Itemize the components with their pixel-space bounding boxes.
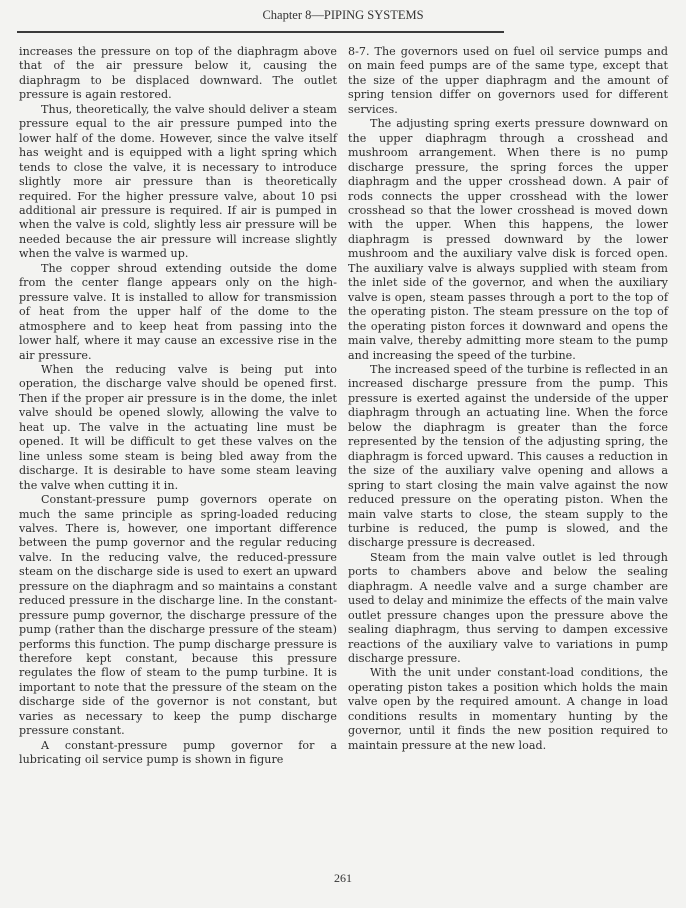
paragraph: Thus, theoretically, the valve should de…	[19, 103, 337, 262]
paragraph: 8-7. The governors used on fuel oil serv…	[348, 45, 668, 117]
document-page: Chapter 8—PIPING SYSTEMS increases the p…	[0, 0, 686, 908]
paragraph: When the reducing valve is being put int…	[19, 363, 337, 493]
paragraph: A constant-pressure pump governor for a …	[19, 739, 337, 768]
right-column: 8-7. The governors used on fuel oil serv…	[348, 45, 668, 753]
page-number: 261	[0, 871, 686, 886]
paragraph: Constant-pressure pump governors operate…	[19, 493, 337, 739]
left-column: increases the pressure on top of the dia…	[19, 45, 337, 768]
paragraph: The increased speed of the turbine is re…	[348, 363, 668, 551]
paragraph: The copper shroud extending outside the …	[19, 262, 337, 363]
paragraph: With the unit under constant-load condit…	[348, 666, 668, 753]
paragraph: increases the pressure on top of the dia…	[19, 45, 337, 103]
header-rule	[17, 31, 504, 33]
paragraph: The adjusting spring exerts pressure dow…	[348, 117, 668, 363]
running-header: Chapter 8—PIPING SYSTEMS	[0, 8, 686, 23]
paragraph: Steam from the main valve outlet is led …	[348, 551, 668, 667]
